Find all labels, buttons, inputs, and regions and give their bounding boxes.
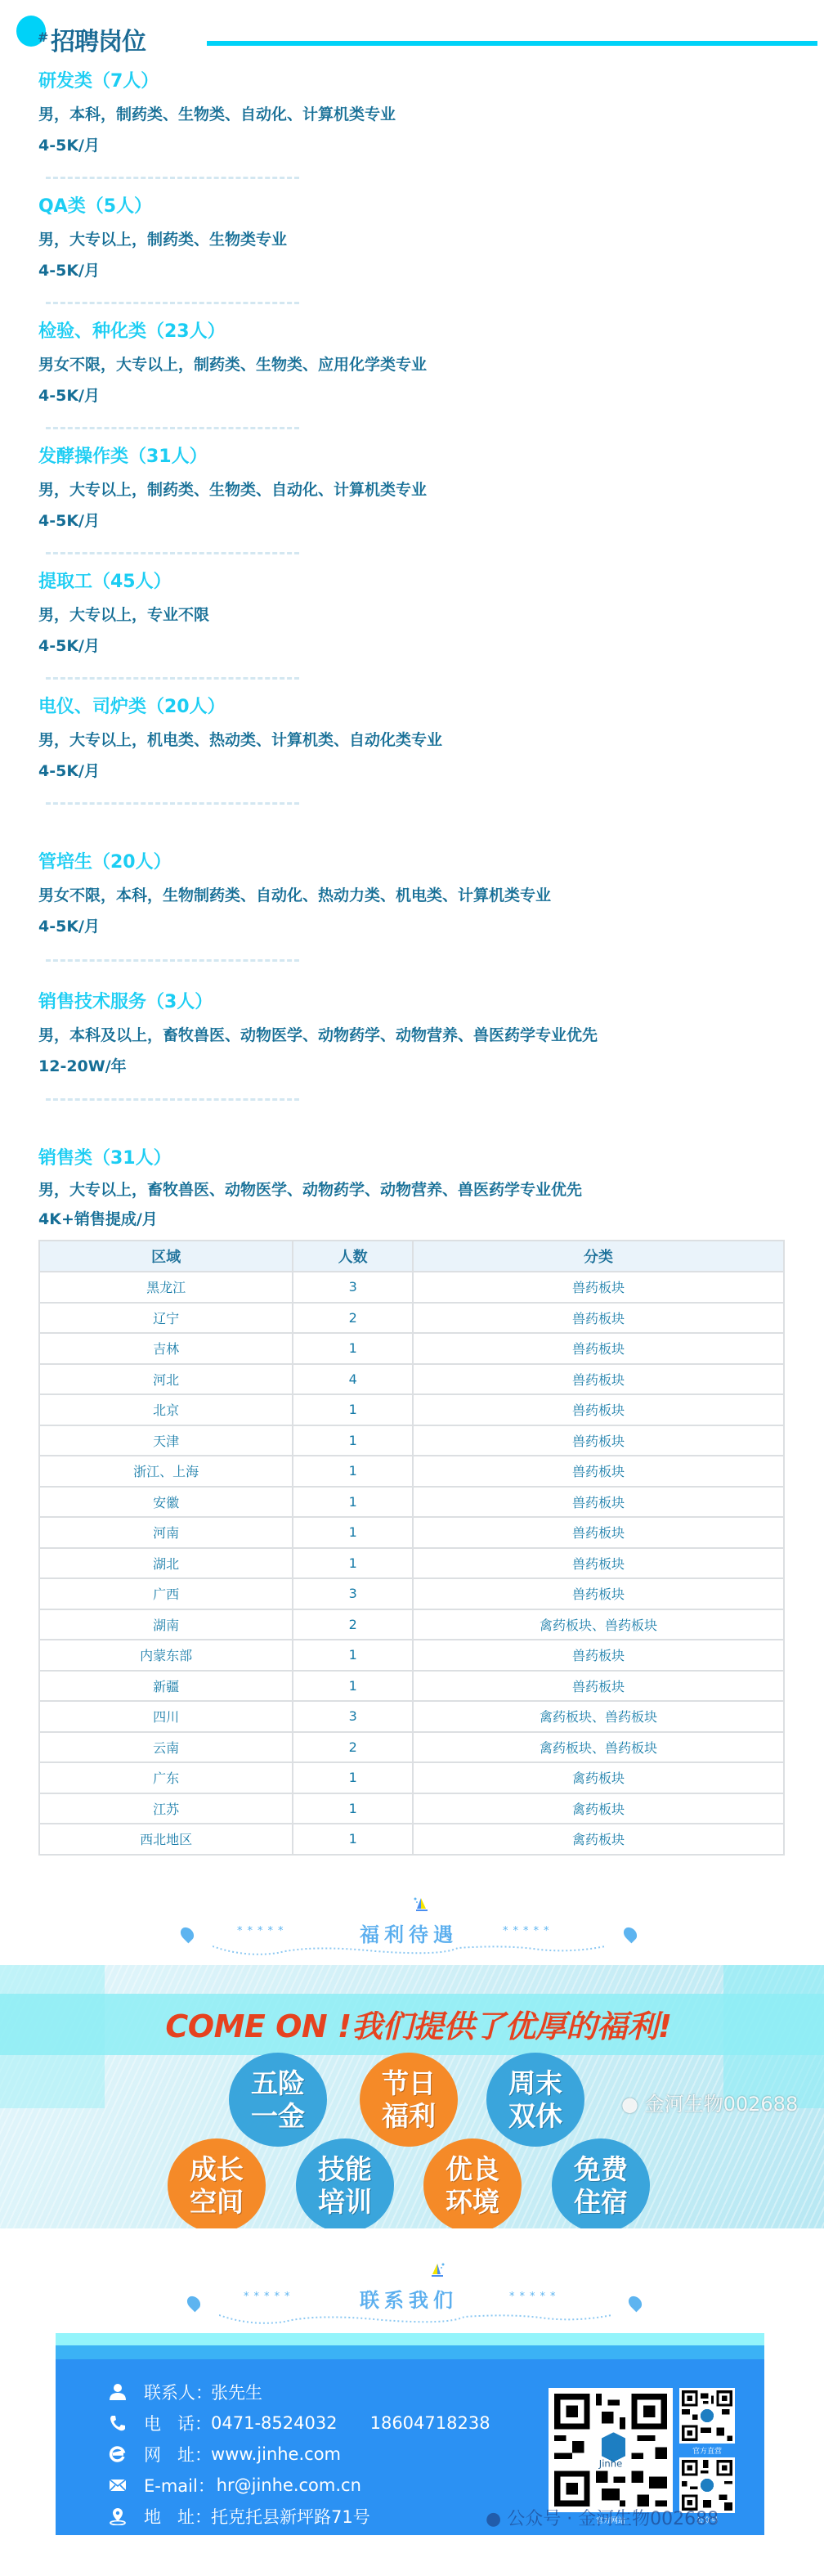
cell-region: 内蒙东部 xyxy=(39,1640,293,1671)
job-item: 销售类（31人） 男，大专以上，畜牧兽医、动物医学、动物药学、动物营养、兽医药学… xyxy=(38,1147,774,1230)
cell-region: 广东 xyxy=(39,1762,293,1793)
job-requirements: 男，大专以上，制药类、生物类、自动化、计算机类专业 xyxy=(38,479,774,500)
table-row: 新疆1兽药板块 xyxy=(39,1671,784,1702)
job-salary: 4-5K/月 xyxy=(38,385,774,406)
decorative-stars: ***** xyxy=(509,2291,561,2303)
job-title: 电仪、司炉类（20人） xyxy=(38,695,774,720)
cell-count: 4 xyxy=(293,1364,413,1395)
cell-count: 2 xyxy=(293,1303,413,1334)
mail-icon xyxy=(108,2475,128,2495)
job-item: 检验、种化类（23人） 男女不限，大专以上，制药类、生物类、应用化学类专业 4-… xyxy=(38,320,774,406)
qr-code-official-store xyxy=(679,2388,735,2444)
cell-region: 安徽 xyxy=(39,1487,293,1518)
cell-count: 1 xyxy=(293,1762,413,1793)
job-item: 提取工（45人） 男，大专以上，专业不限 4-5K/月 xyxy=(38,570,774,657)
table-row: 湖南2禽药板块、兽药板块 xyxy=(39,1609,784,1640)
job-title: 检验、种化类（23人） xyxy=(38,320,774,344)
cell-category: 禽药板块、兽药板块 xyxy=(413,1701,784,1732)
contact-label: 地 址： xyxy=(144,2504,211,2529)
benefits-slogan: COME ON !我们提供了优厚的福利! xyxy=(108,2001,729,2046)
location-icon xyxy=(108,2506,128,2526)
cell-category: 兽药板块 xyxy=(413,1425,784,1456)
dotted-wave-decoration xyxy=(219,2312,611,2328)
water-drop-icon xyxy=(621,1925,640,1944)
job-requirements: 男，大专以上，畜牧兽医、动物医学、动物药学、动物营养、兽医药学专业优先 xyxy=(38,1179,774,1200)
benefit-bubble: 五险 一金 xyxy=(229,2053,327,2147)
cell-category: 禽药板块、兽药板块 xyxy=(413,1732,784,1763)
table-header-row: 区域 人数 分类 xyxy=(39,1241,784,1272)
page-title: 招聘岗位 xyxy=(51,21,146,57)
benefit-line: 环境 xyxy=(423,2186,522,2219)
cell-category: 兽药板块 xyxy=(413,1578,784,1609)
cell-category: 禽药板块 xyxy=(413,1824,784,1855)
section-header-recruitment: # 招聘岗位 xyxy=(0,0,824,57)
cell-count: 1 xyxy=(293,1394,413,1425)
contact-card: 联系人： 张先生 电 话： 0471-8524032 18604718238 网… xyxy=(56,2333,764,2535)
dashed-divider xyxy=(46,302,299,304)
benefit-bubble: 成长 空间 xyxy=(168,2138,266,2228)
benefit-line: 空间 xyxy=(168,2186,266,2219)
section-header-contact: ***** 联系我们 ***** xyxy=(196,2261,621,2335)
job-item: 销售技术服务（3人） 男，本科及以上，畜牧兽医、动物医学、动物药学、动物营养、兽… xyxy=(38,990,774,1077)
job-requirements: 男，本科及以上，畜牧兽医、动物医学、动物药学、动物营养、兽医药学专业优先 xyxy=(38,1025,774,1046)
contact-label: E-mail： xyxy=(144,2473,211,2497)
cell-region: 浙江、上海 xyxy=(39,1456,293,1487)
benefit-line: 免费 xyxy=(552,2153,650,2186)
job-item: 研发类（7人） 男，本科，制药类、生物类、自动化、计算机类专业 4-5K/月 xyxy=(38,70,774,156)
dashed-divider xyxy=(46,802,299,805)
cell-region: 广西 xyxy=(39,1578,293,1609)
column-header-region: 区域 xyxy=(39,1241,293,1272)
contact-row-phone: 电 话： 0471-8524032 18604718238 xyxy=(108,2409,490,2437)
contact-label: 电 话： xyxy=(144,2411,211,2435)
contact-topbar xyxy=(56,2333,764,2345)
job-title: 管培生（20人） xyxy=(38,850,774,875)
table-row: 吉林1兽药板块 xyxy=(39,1333,784,1364)
cell-region: 江苏 xyxy=(39,1793,293,1824)
table-row: 浙江、上海1兽药板块 xyxy=(39,1456,784,1487)
cell-region: 云南 xyxy=(39,1732,293,1763)
cell-count: 1 xyxy=(293,1793,413,1824)
contact-address-value: 托克托县新坪路71号 xyxy=(211,2504,370,2529)
cell-region: 黑龙江 xyxy=(39,1272,293,1303)
header-rule xyxy=(207,41,817,46)
job-requirements: 男女不限，大专以上，制药类、生物类、应用化学类专业 xyxy=(38,354,774,375)
cell-count: 2 xyxy=(293,1609,413,1640)
benefit-bubble: 免费 住宿 xyxy=(552,2138,650,2228)
person-icon xyxy=(108,2382,128,2402)
table-row: 广西3兽药板块 xyxy=(39,1578,784,1609)
dashed-divider xyxy=(46,959,299,962)
benefit-line: 节日 xyxy=(360,2067,458,2100)
table-row: 北京1兽药板块 xyxy=(39,1394,784,1425)
cell-region: 四川 xyxy=(39,1701,293,1732)
benefit-line: 五险 xyxy=(229,2067,327,2100)
table-row: 江苏1禽药板块 xyxy=(39,1793,784,1824)
dotted-wave-decoration xyxy=(213,1943,605,1959)
benefit-bubble: 优良 环境 xyxy=(423,2138,522,2228)
cell-count: 3 xyxy=(293,1701,413,1732)
contact-row-email: E-mail： hr@jinhe.com.cn xyxy=(108,2471,361,2499)
dashed-divider xyxy=(46,677,299,680)
job-salary: 4-5K/月 xyxy=(38,510,774,532)
wechat-icon: ● xyxy=(486,2509,501,2529)
job-title: 提取工（45人） xyxy=(38,570,774,595)
qr-caption: 官方直营 xyxy=(679,2445,735,2456)
job-title: 发酵操作类（31人） xyxy=(38,445,774,469)
table-row: 内蒙东部1兽药板块 xyxy=(39,1640,784,1671)
sailboat-icon xyxy=(428,2261,446,2279)
benefits-banner: COME ON !我们提供了优厚的福利! 五险 一金 节日 福利 周末 双休 成… xyxy=(0,1965,824,2228)
decorative-stars: ***** xyxy=(503,1925,554,1937)
cell-category: 兽药板块 xyxy=(413,1517,784,1548)
cell-region: 西北地区 xyxy=(39,1824,293,1855)
cell-count: 1 xyxy=(293,1671,413,1702)
cell-count: 1 xyxy=(293,1425,413,1456)
job-requirements: 男，大专以上，专业不限 xyxy=(38,604,774,626)
table-row: 河南1兽药板块 xyxy=(39,1517,784,1548)
contact-label: 联系人： xyxy=(144,2380,211,2404)
watermark: ● 金河生物002688 xyxy=(621,2088,798,2116)
column-header-category: 分类 xyxy=(413,1241,784,1272)
sailboat-icon xyxy=(413,1896,431,1914)
benefit-bubble: 技能 培训 xyxy=(296,2138,394,2228)
benefit-line: 优良 xyxy=(423,2153,522,2186)
cell-count: 2 xyxy=(293,1732,413,1763)
cell-category: 兽药板块 xyxy=(413,1272,784,1303)
cell-category: 兽药板块 xyxy=(413,1671,784,1702)
benefit-bubble: 周末 双休 xyxy=(486,2053,584,2147)
water-drop-icon xyxy=(178,1925,197,1944)
cell-count: 3 xyxy=(293,1272,413,1303)
job-title: 销售类（31人） xyxy=(38,1147,774,1171)
contact-topbar xyxy=(56,2345,764,2359)
contact-row-address: 地 址： 托克托县新坪路71号 xyxy=(108,2502,370,2530)
region-table: 区域 人数 分类 黑龙江3兽药板块辽宁2兽药板块吉林1兽药板块河北4兽药板块北京… xyxy=(38,1240,785,1856)
job-item: 发酵操作类（31人） 男，大专以上，制药类、生物类、自动化、计算机类专业 4-5… xyxy=(38,445,774,532)
web-icon xyxy=(108,2444,128,2464)
job-item: 电仪、司炉类（20人） 男，大专以上，机电类、热动类、计算机类、自动化类专业 4… xyxy=(38,695,774,782)
table-row: 湖北1兽药板块 xyxy=(39,1548,784,1579)
table-row: 云南2禽药板块、兽药板块 xyxy=(39,1732,784,1763)
watermark-text: 金河生物002688 xyxy=(645,2093,799,2116)
cell-category: 兽药板块 xyxy=(413,1303,784,1334)
contact-person-value: 张先生 xyxy=(211,2380,262,2404)
benefit-line: 住宿 xyxy=(552,2186,650,2219)
cell-category: 兽药板块 xyxy=(413,1394,784,1425)
benefit-line: 周末 xyxy=(486,2067,584,2100)
cell-region: 北京 xyxy=(39,1394,293,1425)
section-header-benefits: ***** 福利待遇 ***** xyxy=(196,1896,621,1969)
job-requirements: 男，大专以上，机电类、热动类、计算机类、自动化类专业 xyxy=(38,729,774,751)
cell-category: 禽药板块、兽药板块 xyxy=(413,1609,784,1640)
cell-count: 1 xyxy=(293,1517,413,1548)
cell-category: 禽药板块 xyxy=(413,1762,784,1793)
table-row: 河北4兽药板块 xyxy=(39,1364,784,1395)
table-row: 天津1兽药板块 xyxy=(39,1425,784,1456)
cell-category: 兽药板块 xyxy=(413,1487,784,1518)
wechat-icon: ● xyxy=(621,2093,638,2116)
watermark-text: 公众号 · 金河生物002688 xyxy=(507,2509,719,2529)
job-title: 研发类（7人） xyxy=(38,70,774,94)
job-requirements: 男女不限，本科，生物制药类、自动化、热动力类、机电类、计算机类专业 xyxy=(38,885,774,906)
dashed-divider xyxy=(46,177,299,179)
cell-region: 湖北 xyxy=(39,1548,293,1579)
benefit-line: 福利 xyxy=(360,2100,458,2133)
job-salary: 4-5K/月 xyxy=(38,135,774,156)
hash-mark: # xyxy=(38,29,48,45)
job-title: 销售技术服务（3人） xyxy=(38,990,774,1015)
cell-region: 河北 xyxy=(39,1364,293,1395)
contact-web-link[interactable]: www.jinhe.com xyxy=(211,2444,341,2464)
cell-region: 吉林 xyxy=(39,1333,293,1364)
qr-code-website: Jinhe xyxy=(549,2388,673,2512)
dashed-divider xyxy=(46,427,299,429)
table-row: 广东1禽药板块 xyxy=(39,1762,784,1793)
job-salary: 4K+销售提成/月 xyxy=(38,1209,774,1230)
benefit-line: 培训 xyxy=(296,2186,394,2219)
table-row: 黑龙江3兽药板块 xyxy=(39,1272,784,1303)
contact-email-link[interactable]: hr@jinhe.com.cn xyxy=(211,2475,361,2495)
benefit-line: 双休 xyxy=(486,2100,584,2133)
contact-label: 网 址： xyxy=(144,2442,211,2466)
cell-category: 兽药板块 xyxy=(413,1548,784,1579)
cell-category: 兽药板块 xyxy=(413,1456,784,1487)
contact-row-web: 网 址： www.jinhe.com xyxy=(108,2440,341,2468)
cell-count: 3 xyxy=(293,1578,413,1609)
cell-count: 1 xyxy=(293,1487,413,1518)
job-salary: 4-5K/月 xyxy=(38,761,774,782)
cell-region: 天津 xyxy=(39,1425,293,1456)
phone-icon xyxy=(108,2413,128,2433)
contact-phone-value[interactable]: 0471-8524032 18604718238 xyxy=(211,2413,490,2433)
table-row: 四川3禽药板块、兽药板块 xyxy=(39,1701,784,1732)
contact-row-person: 联系人： 张先生 xyxy=(108,2378,262,2406)
table-row: 辽宁2兽药板块 xyxy=(39,1303,784,1334)
job-salary: 4-5K/月 xyxy=(38,260,774,281)
cell-region: 湖南 xyxy=(39,1609,293,1640)
job-requirements: 男，本科，制药类、生物类、自动化、计算机类专业 xyxy=(38,104,774,125)
cell-region: 新疆 xyxy=(39,1671,293,1702)
job-title: QA类（5人） xyxy=(38,195,774,219)
dashed-divider xyxy=(46,552,299,554)
table-row: 西北地区1禽药板块 xyxy=(39,1824,784,1855)
cell-category: 禽药板块 xyxy=(413,1793,784,1824)
job-salary: 4-5K/月 xyxy=(38,916,774,937)
benefit-line: 成长 xyxy=(168,2153,266,2186)
cell-count: 1 xyxy=(293,1333,413,1364)
job-item: 管培生（20人） 男女不限，本科，生物制药类、自动化、热动力类、机电类、计算机类… xyxy=(38,850,774,937)
cell-region: 辽宁 xyxy=(39,1303,293,1334)
dashed-divider xyxy=(46,1098,299,1101)
cell-category: 兽药板块 xyxy=(413,1640,784,1671)
job-requirements: 男，大专以上，制药类、生物类专业 xyxy=(38,229,774,250)
water-drop-icon xyxy=(626,2294,645,2313)
cell-count: 1 xyxy=(293,1548,413,1579)
cell-category: 兽药板块 xyxy=(413,1364,784,1395)
cell-count: 1 xyxy=(293,1640,413,1671)
svg-text:Jinhe: Jinhe xyxy=(598,2457,622,2469)
table-row: 安徽1兽药板块 xyxy=(39,1487,784,1518)
benefit-line: 技能 xyxy=(296,2153,394,2186)
column-header-count: 人数 xyxy=(293,1241,413,1272)
cell-count: 1 xyxy=(293,1456,413,1487)
benefit-line: 一金 xyxy=(229,2100,327,2133)
cell-category: 兽药板块 xyxy=(413,1333,784,1364)
job-salary: 4-5K/月 xyxy=(38,635,774,657)
benefit-bubble: 节日 福利 xyxy=(360,2053,458,2147)
job-item: QA类（5人） 男，大专以上，制药类、生物类专业 4-5K/月 xyxy=(38,195,774,281)
cell-count: 1 xyxy=(293,1824,413,1855)
cell-region: 河南 xyxy=(39,1517,293,1548)
job-salary: 12-20W/年 xyxy=(38,1056,774,1077)
watermark: ● 公众号 · 金河生物002688 xyxy=(486,2505,719,2530)
